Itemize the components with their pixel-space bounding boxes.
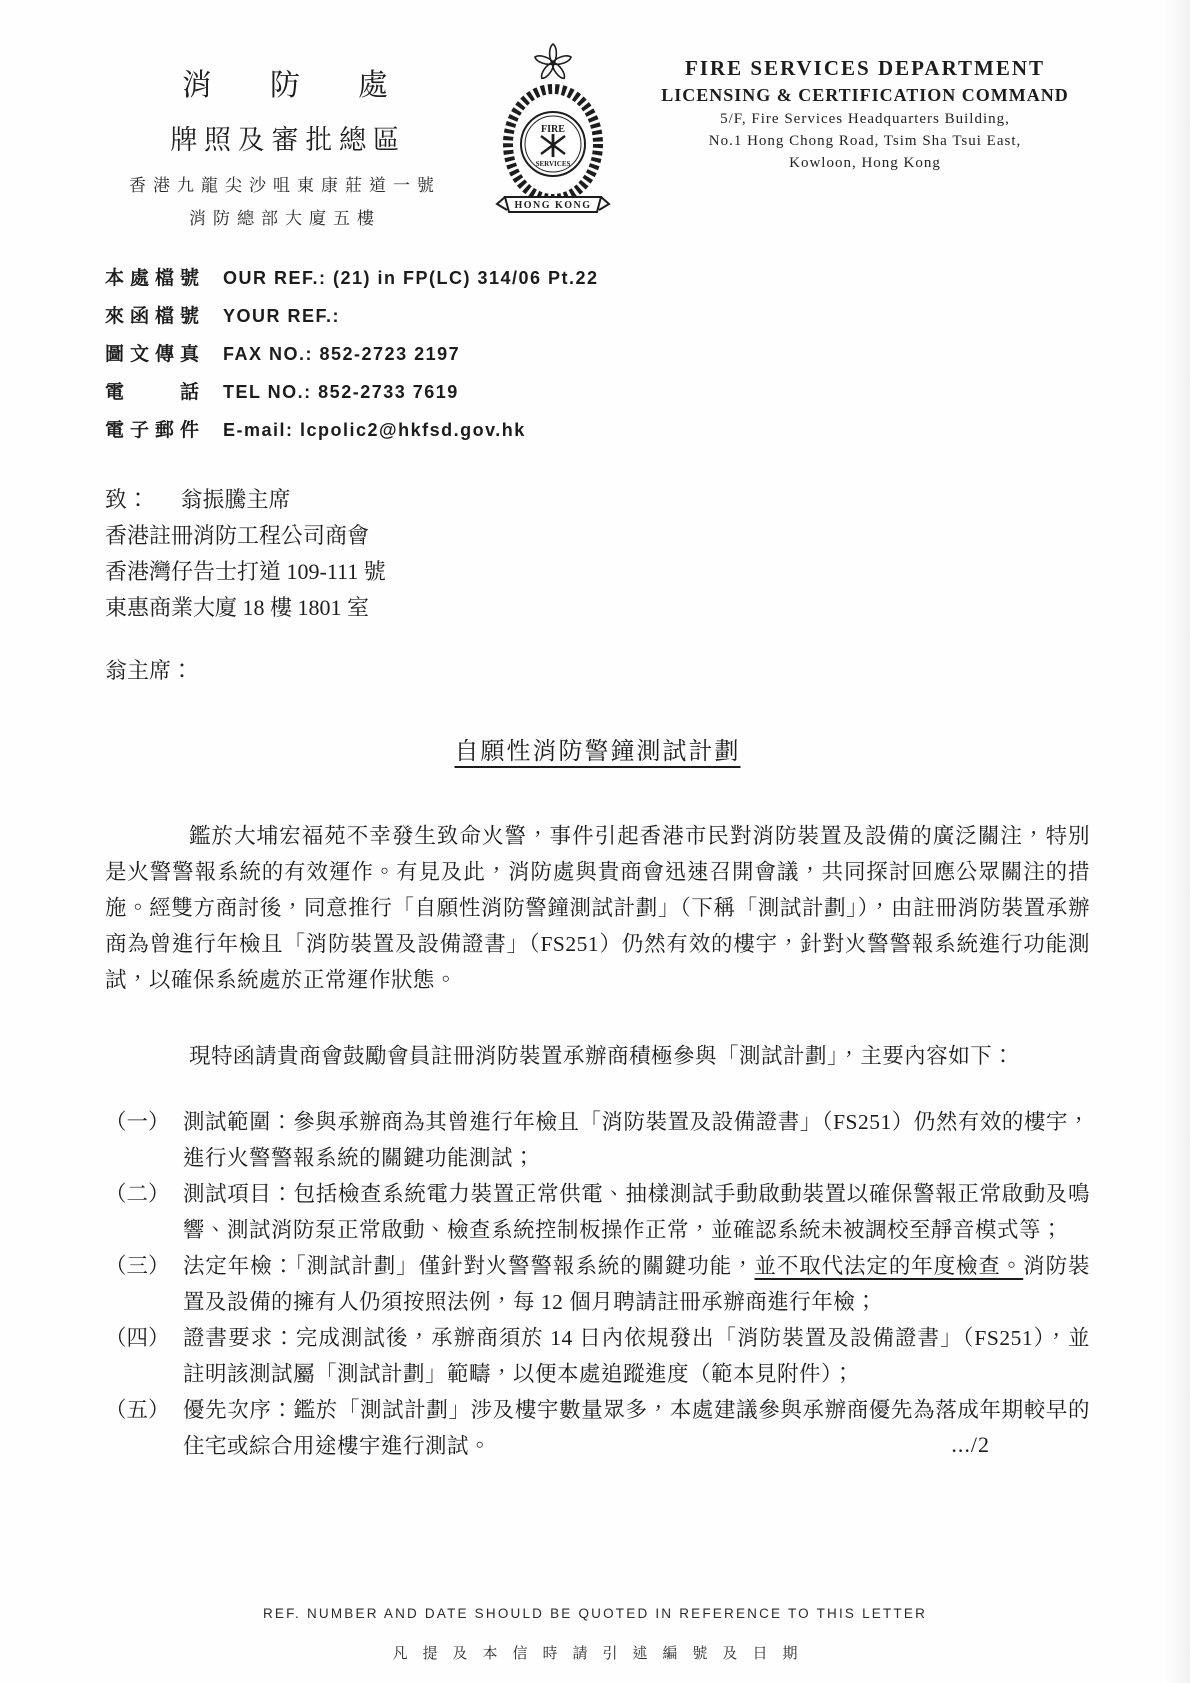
ref-label: 電子郵件 [105, 415, 201, 442]
division-name-chinese: 牌 照 及 審 批 總 區 [105, 118, 465, 157]
svg-text:FIRE: FIRE [541, 124, 565, 135]
list-item-text: 測試項目：包括檢查系統電力裝置正常供電、抽樣測試手動啟動裝置以確保警報正常啟動及… [183, 1176, 1090, 1248]
ref-value: FAX NO.: 852-2723 2197 [223, 344, 460, 365]
list-item-5: （五） 優先次序：鑑於「測試計劃」涉及樓宇數量眾多，本處建議參與承辦商優先為落成… [105, 1392, 1090, 1464]
list-item-number: （四） [105, 1320, 183, 1392]
ref-value: OUR REF.: (21) in FP(LC) 314/06 Pt.22 [223, 268, 599, 289]
svg-text:HONG KONG: HONG KONG [514, 200, 591, 211]
recipient-to-line: 致： 翁振騰主席 [105, 482, 1090, 518]
letterhead-chinese: 消 防 處 牌 照 及 審 批 總 區 香港九龍尖沙咀東康莊道一號 消防總部大廈… [105, 42, 465, 229]
list-item-4: （四） 證書要求：完成測試後，承辦商須於 14 日內依規發出「消防裝置及設備證書… [105, 1320, 1090, 1392]
letter-subject-title: 自願性消防警鐘測試計劃 [105, 731, 1090, 766]
page-continuation-marker: .../2 [951, 1432, 990, 1458]
dept-char: 處 [358, 60, 388, 104]
department-name-chinese: 消 防 處 [105, 60, 465, 104]
list-item-text: 證書要求：完成測試後，承辦商須於 14 日內依規發出「消防裝置及設備證書」（FS… [183, 1320, 1090, 1392]
salutation: 翁主席： [105, 654, 1090, 685]
letter-page: 消 防 處 牌 照 及 審 批 總 區 香港九龍尖沙咀東康莊道一號 消防總部大廈… [0, 0, 1190, 1683]
address-english-line2: No.1 Hong Chong Road, Tsim Sha Tsui East… [640, 133, 1090, 150]
recipient-org: 香港註冊消防工程公司商會 [105, 518, 1090, 554]
ref-label: 來函檔號 [105, 301, 201, 328]
ref-row-email: 電子郵件 E-mail: lcpolic2@hkfsd.gov.hk [105, 415, 1090, 442]
dept-char: 消 [182, 60, 212, 104]
address-english-line1: 5/F, Fire Services Headquarters Building… [640, 111, 1090, 128]
division-name-english: LICENSING & CERTIFICATION COMMAND [640, 85, 1090, 106]
recipient-block: 致： 翁振騰主席 香港註冊消防工程公司商會 香港灣仔告士打道 109-111 號… [105, 482, 1090, 626]
footer-note-chinese: 凡提及本信時請引述編號及日期 [0, 1642, 1190, 1663]
ref-label: 圖文傳真 [105, 339, 201, 366]
body-paragraph-1: 鑑於大埔宏福苑不幸發生致命火警，事件引起香港市民對消防裝置及設備的廣泛關注，特別… [105, 818, 1090, 998]
footer-note-english: REF. NUMBER AND DATE SHOULD BE QUOTED IN… [0, 1606, 1190, 1621]
ref-label: 本處檔號 [105, 263, 201, 290]
to-label: 致： [105, 487, 149, 512]
address-chinese-line1: 香港九龍尖沙咀東康莊道一號 [105, 171, 465, 196]
recipient-name: 翁振騰主席 [181, 487, 291, 512]
list-item-1: （一） 測試範圍：參與承辦商為其曾進行年檢且「消防裝置及設備證書」（FS251）… [105, 1104, 1090, 1176]
letterhead-english: FIRE SERVICES DEPARTMENT LICENSING & CER… [640, 42, 1090, 172]
ref-row-your-ref: 來函檔號 YOUR REF.: [105, 301, 1090, 328]
numbered-list: （一） 測試範圍：參與承辦商為其曾進行年檢且「消防裝置及設備證書」（FS251）… [105, 1104, 1090, 1464]
letterhead: 消 防 處 牌 照 及 審 批 總 區 香港九龍尖沙咀東康莊道一號 消防總部大廈… [105, 42, 1090, 229]
list-item-number: （五） [105, 1392, 183, 1464]
list-item-text: 法定年檢：「測試計劃」僅針對火警警報系統的關鍵功能，並不取代法定的年度檢查。消防… [183, 1248, 1090, 1320]
department-name-english: FIRE SERVICES DEPARTMENT [640, 56, 1090, 81]
recipient-address-line2: 東惠商業大廈 18 樓 1801 室 [105, 590, 1090, 626]
reference-block: 本處檔號 OUR REF.: (21) in FP(LC) 314/06 Pt.… [105, 263, 1090, 442]
ref-value: E-mail: lcpolic2@hkfsd.gov.hk [223, 420, 526, 441]
list-item-text: 測試範圍：參與承辦商為其曾進行年檢且「消防裝置及設備證書」（FS251）仍然有效… [183, 1104, 1090, 1176]
dept-char: 防 [270, 60, 300, 104]
body-paragraph-2: 現特函請貴商會鼓勵會員註冊消防裝置承辦商積極參與「測試計劃」，主要內容如下： [105, 1038, 1090, 1074]
ref-value: TEL NO.: 852-2733 7619 [223, 382, 459, 403]
address-english-line3: Kowloon, Hong Kong [640, 155, 1090, 172]
list-item-3: （三） 法定年檢：「測試計劃」僅針對火警警報系統的關鍵功能，並不取代法定的年度檢… [105, 1248, 1090, 1320]
ref-row-tel: 電話 TEL NO.: 852-2733 7619 [105, 377, 1090, 404]
fire-services-emblem-icon: FIRE SERVICES HONG KONG [478, 42, 628, 218]
recipient-address-line1: 香港灣仔告士打道 109-111 號 [105, 554, 1090, 590]
ref-row-fax: 圖文傳真 FAX NO.: 852-2723 2197 [105, 339, 1090, 366]
list-item-number: （三） [105, 1248, 183, 1320]
list-item-2: （二） 測試項目：包括檢查系統電力裝置正常供電、抽樣測試手動啟動裝置以確保警報正… [105, 1176, 1090, 1248]
ref-row-our-ref: 本處檔號 OUR REF.: (21) in FP(LC) 314/06 Pt.… [105, 263, 1090, 290]
address-chinese-line2: 消防總部大廈五樓 [105, 204, 465, 229]
list-item-number: （二） [105, 1176, 183, 1248]
list-item-number: （一） [105, 1104, 183, 1176]
ref-label: 電話 [105, 377, 201, 404]
ref-value: YOUR REF.: [223, 306, 340, 327]
svg-text:SERVICES: SERVICES [535, 160, 570, 168]
